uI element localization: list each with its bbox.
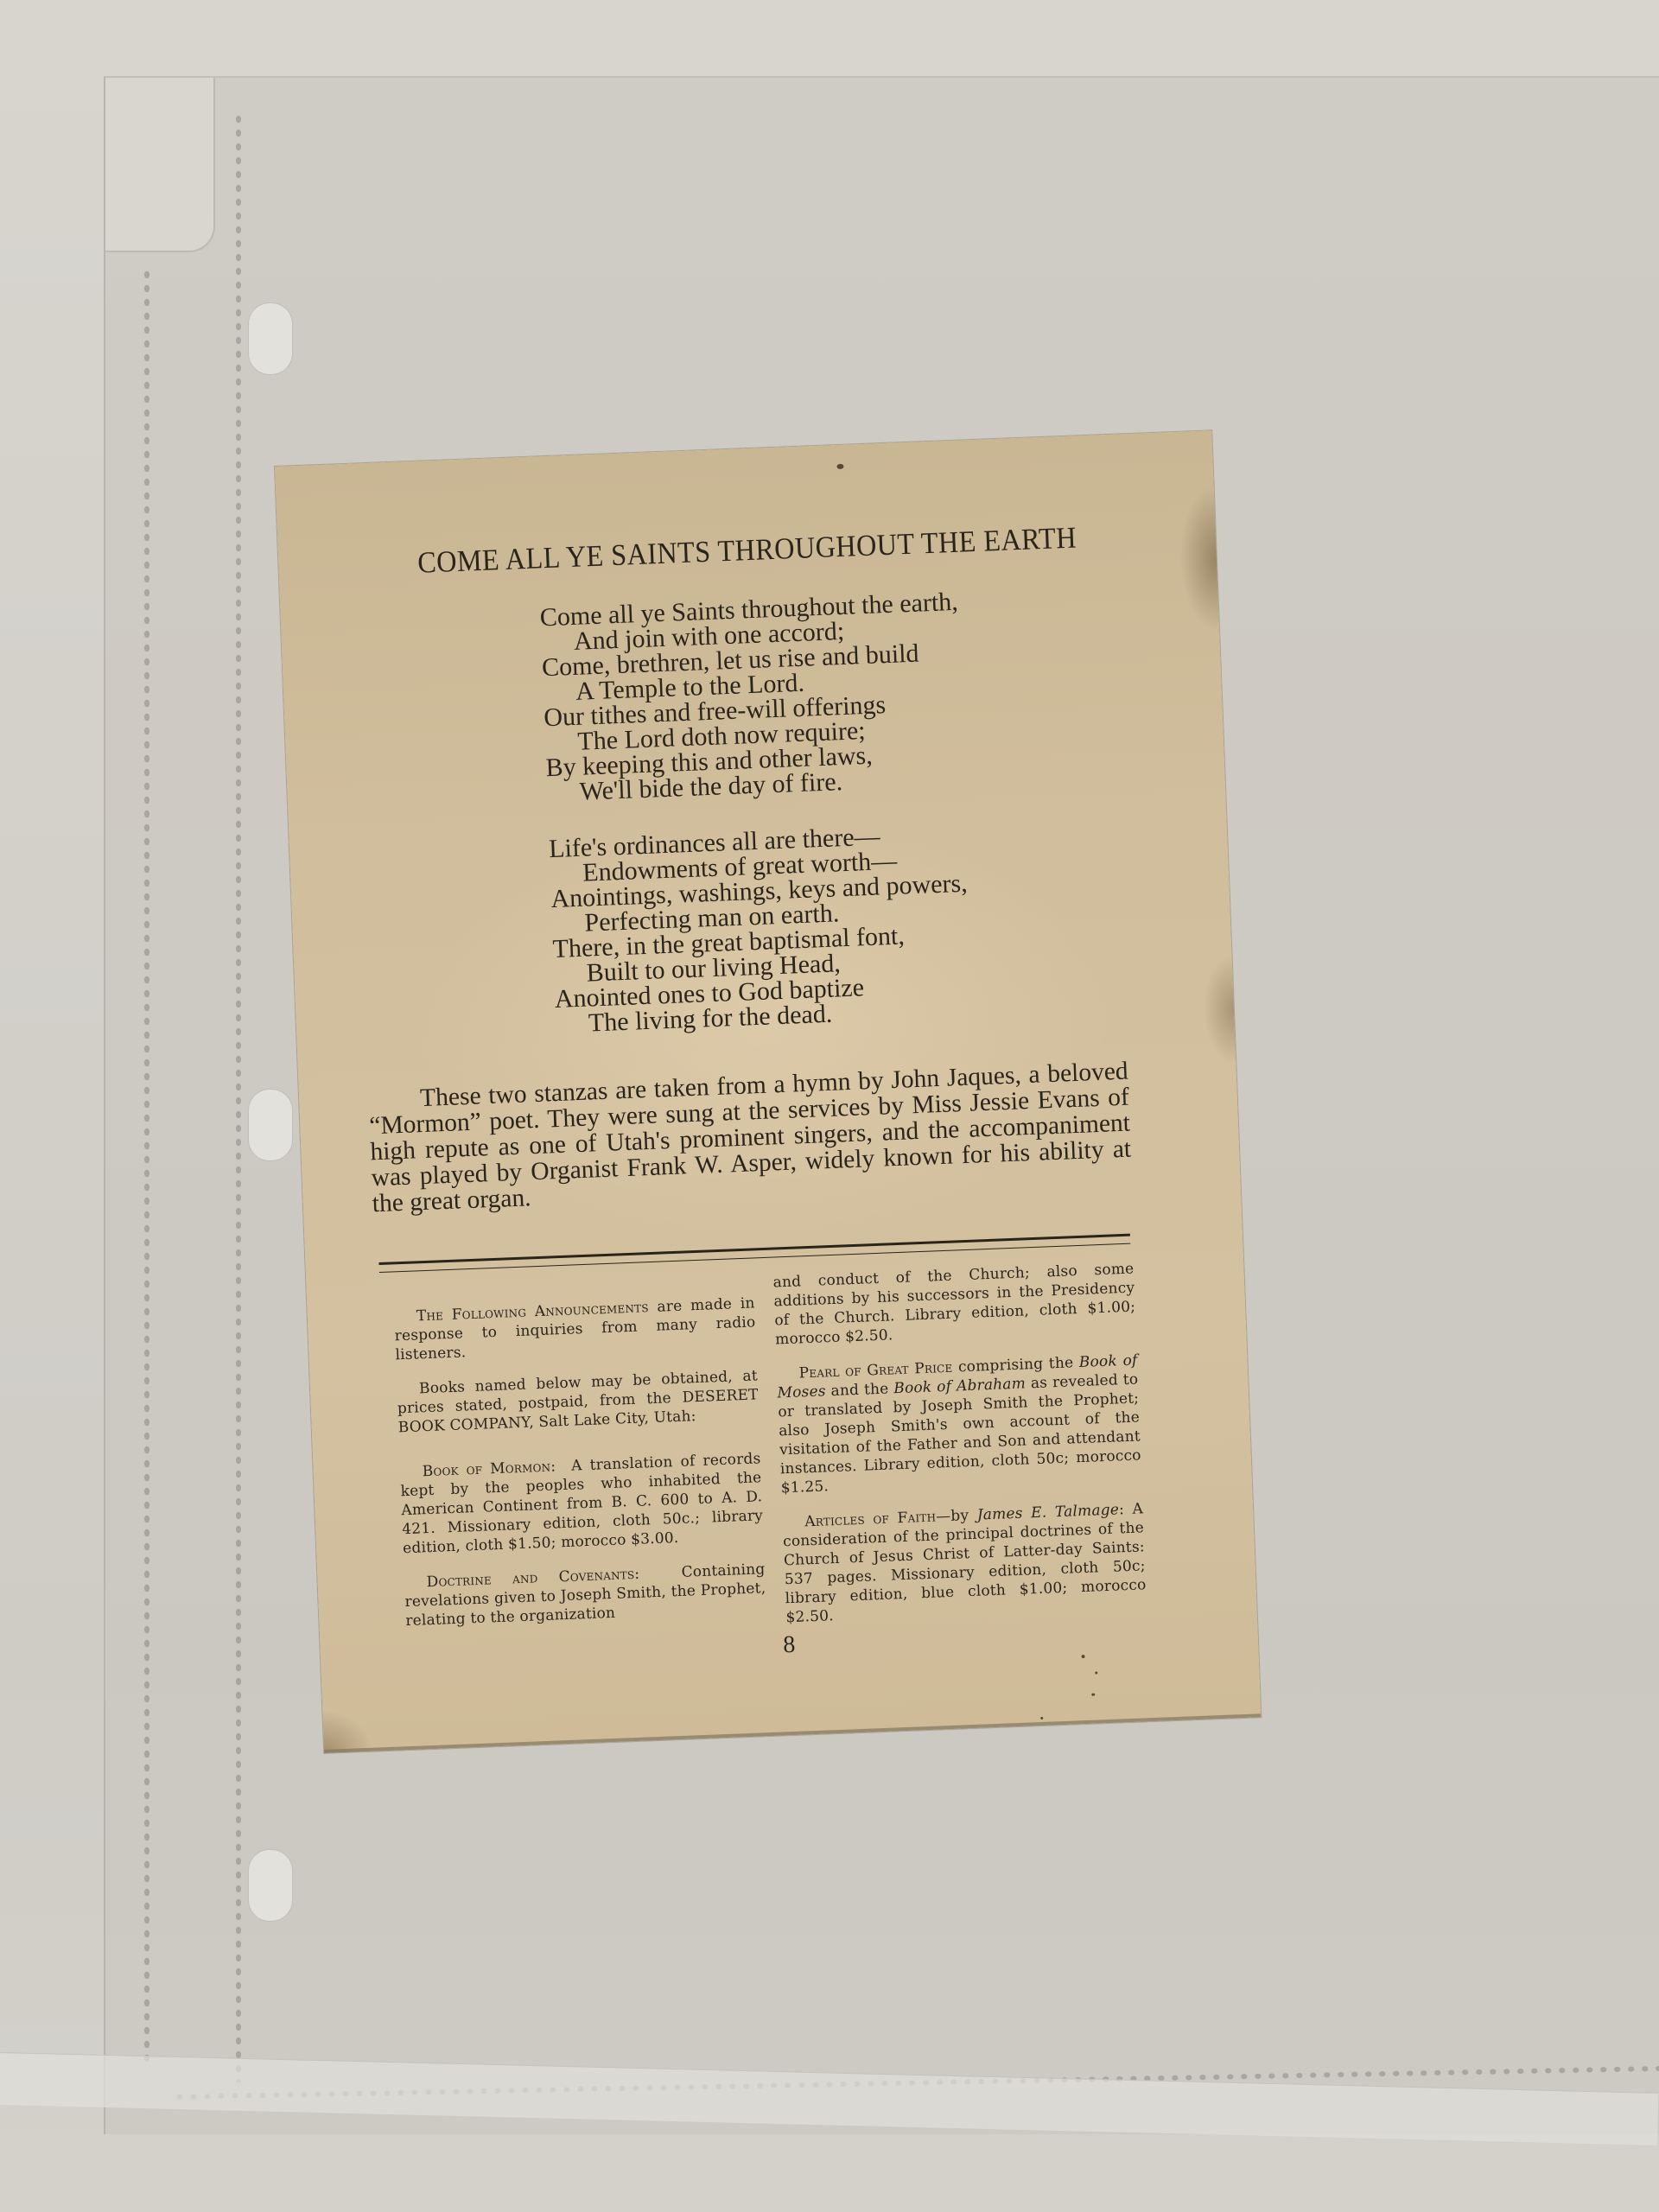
binder-hole-bottom [248,1849,293,1922]
hymn-title: COME ALL YE SAINTS THROUGHOUT THE EARTH [315,517,1179,584]
book-entry-book-of-mormon: Book of Mormon: A translation of records… [399,1449,764,1558]
binder-hole-middle [248,1089,293,1161]
stanza-1: Come all ye Saints throughout the earth,… [539,584,1099,805]
foxing-spot [1091,1694,1095,1696]
printed-page: COME ALL YE SAINTS THROUGHOUT THE EARTH … [275,430,1261,1753]
foxing-spot [1081,1655,1084,1658]
book-entry-pearl-of-great-price: Pearl of Great Price comprising the Book… [776,1351,1142,1497]
foxing-spot [836,464,843,469]
announcements-column-right: and conduct of the Church; also some add… [772,1260,1147,1643]
hymn-note-paragraph: These two stanzas are taken from a hymn … [368,1058,1133,1217]
book-entry-doctrine-and-covenants: Doctrine and Covenants: Containing revel… [404,1560,766,1630]
foxing-spot [1040,1717,1043,1719]
books-intro: Books named below may be obtained, at pr… [397,1366,760,1437]
doctrine-and-covenants-continued: and conduct of the Church; also some add… [772,1260,1136,1350]
sleeve-perforation-inner [233,112,244,2082]
sleeve-top-notch [105,78,215,252]
stanza-2: Life's ordinances all are there— Endowme… [549,816,1109,1037]
binder-hole-top [248,302,293,375]
announcements-column-left: The Following Announcements are made in … [393,1294,767,1646]
foxing-spot [1095,1671,1097,1674]
sleeve-perforation-left [142,268,152,2065]
book-entry-articles-of-faith: Articles of Faith—by James E. Talmage: A… [782,1499,1147,1627]
announcements-intro: The Following Announcements are made in … [393,1294,756,1364]
